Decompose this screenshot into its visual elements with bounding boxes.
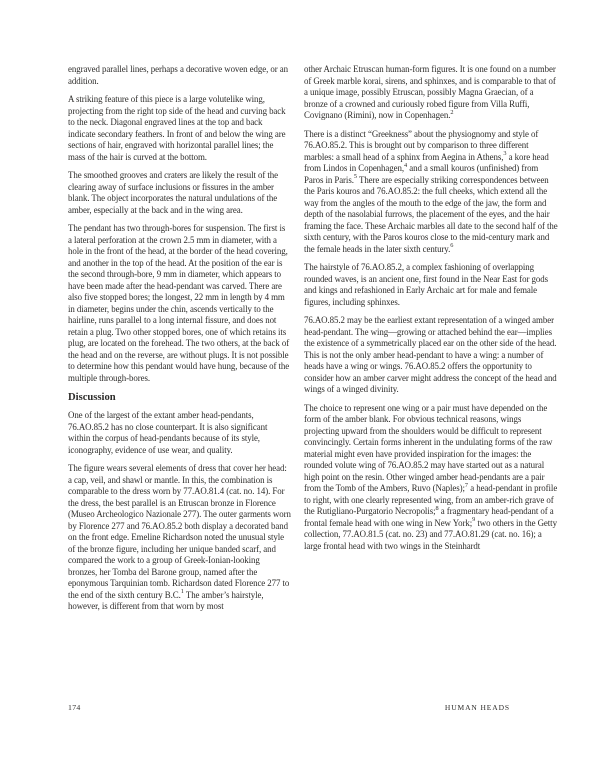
- paragraph: The smoothed grooves and craters are lik…: [68, 170, 291, 216]
- paragraph: A striking feature of this piece is a la…: [68, 94, 291, 163]
- footnote-ref: 2: [450, 109, 453, 116]
- footnote-ref: 7: [465, 482, 468, 489]
- paragraph: 76.AO.85.2 may be the earliest extant re…: [304, 315, 558, 396]
- footnote-ref: 5: [354, 173, 357, 180]
- column-left: engraved parallel lines, perhaps a decor…: [68, 64, 291, 620]
- footnote-ref: 3: [503, 150, 506, 157]
- footer: 174 HUMAN HEADS: [68, 703, 510, 712]
- paragraph: The figure wears several elements of dre…: [68, 463, 291, 613]
- running-head: HUMAN HEADS: [445, 703, 510, 712]
- paragraph: engraved parallel lines, perhaps a decor…: [68, 64, 291, 87]
- section-heading: Discussion: [68, 391, 291, 404]
- paragraph: One of the largest of the extant amber h…: [68, 410, 291, 456]
- footnote-ref: 8: [435, 505, 438, 512]
- paragraph: The choice to represent one wing or a pa…: [304, 403, 558, 553]
- paragraph: The hairstyle of 76.AO.85.2, a complex f…: [304, 262, 558, 308]
- paragraph: other Archaic Etruscan human-form figure…: [304, 64, 558, 122]
- text-columns: engraved parallel lines, perhaps a decor…: [68, 64, 558, 620]
- footnote-ref: 9: [472, 516, 475, 523]
- footnote-ref: 6: [450, 242, 453, 249]
- footnote-ref: 1: [181, 588, 184, 595]
- column-right: other Archaic Etruscan human-form figure…: [304, 64, 558, 620]
- document-page: engraved parallel lines, perhaps a decor…: [0, 0, 600, 762]
- paragraph: The pendant has two through-bores for su…: [68, 223, 291, 384]
- paragraph: There is a distinct “Greekness” about th…: [304, 129, 558, 256]
- page-number: 174: [68, 703, 81, 712]
- footnote-ref: 4: [404, 162, 407, 169]
